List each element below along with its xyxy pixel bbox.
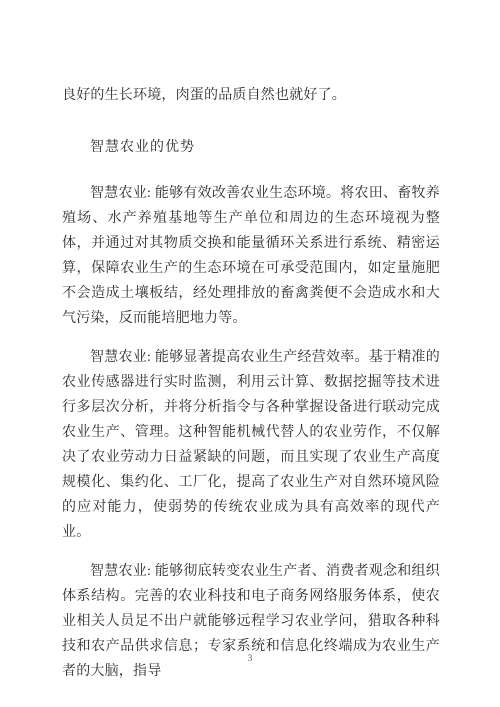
paragraph-advantage-1: 智慧农业: 能够有效改善农业生态环境。将农田、畜牧养殖场、水产养殖基地等生产单位… bbox=[62, 181, 440, 331]
paragraph-advantage-2: 智慧农业: 能够显著提高农业生产经营效率。基于精准的农业传感器进行实时监测，利用… bbox=[62, 345, 440, 545]
document-page: 良好的生长环境，肉蛋的品质自然也就好了。 智慧农业的优势 智慧农业: 能够有效改… bbox=[0, 0, 500, 707]
document-content: 良好的生长环境，肉蛋的品质自然也就好了。 智慧农业的优势 智慧农业: 能够有效改… bbox=[62, 83, 440, 684]
section-heading: 智慧农业的优势 bbox=[62, 135, 440, 160]
page-number: 3 bbox=[0, 653, 500, 663]
paragraph-advantage-3: 智慧农业: 能够彻底转变农业生产者、消费者观念和组织体系结构。完善的农业科技和电… bbox=[62, 559, 440, 684]
paragraph-continuation: 良好的生长环境，肉蛋的品质自然也就好了。 bbox=[62, 83, 440, 108]
